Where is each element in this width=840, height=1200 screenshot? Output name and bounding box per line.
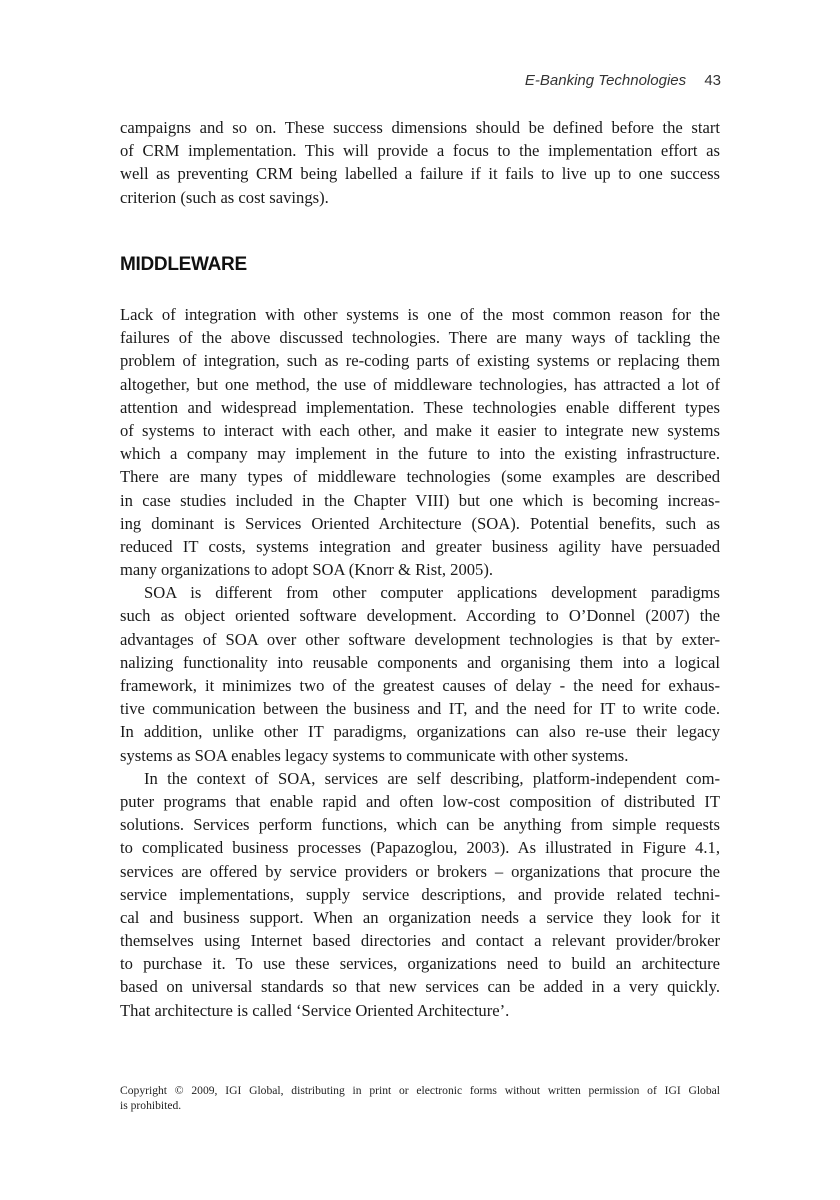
text-line: cal and business support. When an organi… [120,906,720,929]
text-line: service implementations, supply service … [120,883,720,906]
text-line: tive communication between the business … [120,697,720,720]
text-line: reduced IT costs, systems integration an… [120,535,720,558]
paragraph-integration: Lack of integration with other systems i… [120,303,720,581]
text-line: SOA is different from other computer app… [120,581,720,604]
page-number: 43 [704,72,721,89]
text-line: Lack of integration with other systems i… [120,303,720,326]
text-line: of systems to interact with each other, … [120,419,720,442]
text-line: framework, it minimizes two of the great… [120,674,720,697]
text-line: There are many types of middleware techn… [120,465,720,488]
text-line: problem of integration, such as re-codin… [120,349,720,372]
text-line: attention and widespread implementation.… [120,396,720,419]
text-line: solutions. Services perform functions, w… [120,813,720,836]
text-line: themselves using Internet based director… [120,929,720,952]
text-line: such as object oriented software develop… [120,604,720,627]
running-header: E-Banking Technologies 43 [525,72,721,89]
text-line: nalizing functionality into reusable com… [120,651,720,674]
text-line: campaigns and so on. These success dimen… [120,116,720,139]
intro-paragraph: campaigns and so on. These success dimen… [120,116,720,209]
section-heading: MIDDLEWARE [120,254,247,276]
text-line: to complicated business processes (Papaz… [120,836,720,859]
text-line: of CRM implementation. This will provide… [120,139,720,162]
text-line: altogether, but one method, the use of m… [120,373,720,396]
section-body: Lack of integration with other systems i… [120,303,720,1022]
text-line: services are offered by service provider… [120,860,720,883]
footer-line: is prohibited. [120,1098,720,1113]
text-line: which a company may implement in the fut… [120,442,720,465]
text-line: In the context of SOA, services are self… [120,767,720,790]
text-line: in case studies included in the Chapter … [120,489,720,512]
footer-line: Copyright © 2009, IGI Global, distributi… [120,1083,720,1098]
running-title: E-Banking Technologies [525,72,686,89]
text-line: In addition, unlike other IT paradigms, … [120,720,720,743]
text-line: well as preventing CRM being labelled a … [120,162,720,185]
text-line: That architecture is called ‘Service Ori… [120,999,720,1022]
text-line: many organizations to adopt SOA (Knorr &… [120,558,720,581]
text-line: to purchase it. To use these services, o… [120,952,720,975]
text-line: failures of the above discussed technolo… [120,326,720,349]
text-line: advantages of SOA over other software de… [120,628,720,651]
text-line: puter programs that enable rapid and oft… [120,790,720,813]
paragraph-soa-difference: SOA is different from other computer app… [120,581,720,767]
copyright-footer: Copyright © 2009, IGI Global, distributi… [120,1083,720,1113]
text-line: systems as SOA enables legacy systems to… [120,744,720,767]
text-line: ing dominant is Services Oriented Archit… [120,512,720,535]
text-line: criterion (such as cost savings). [120,186,720,209]
paragraph-soa-context: In the context of SOA, services are self… [120,767,720,1022]
text-line: based on universal standards so that new… [120,975,720,998]
